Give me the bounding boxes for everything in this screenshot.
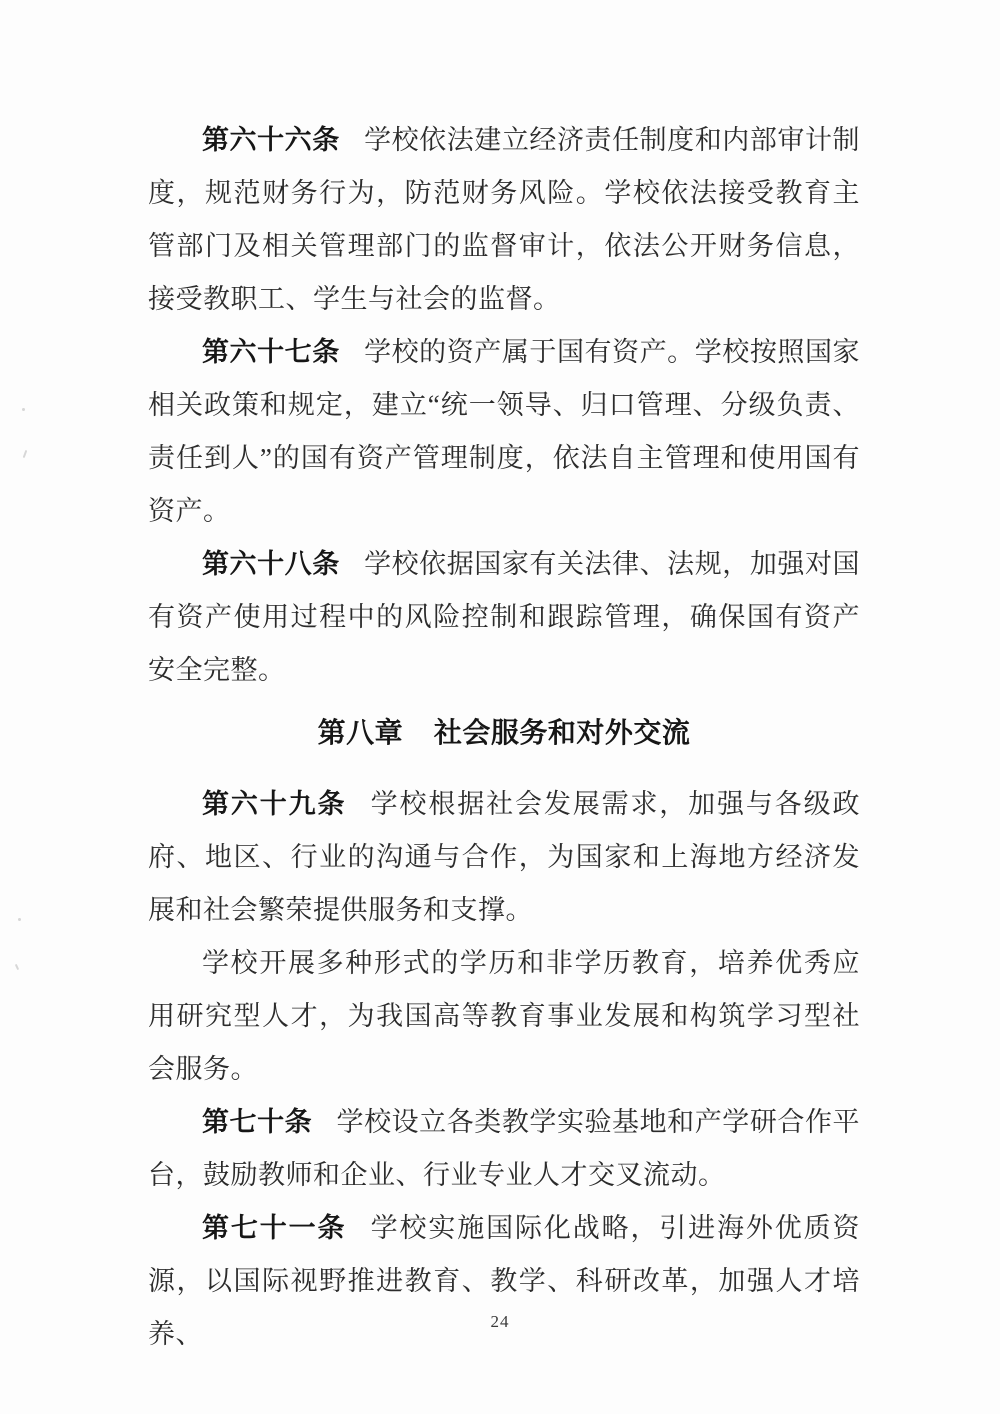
chapter-title: 社会服务和对外交流: [434, 718, 691, 749]
article-69-continuation-text: 学校开展多种形式的学历和非学历教育，培养优秀应用研究型人才，为我国高等教育事业发…: [148, 948, 860, 1084]
article-67-paragraph: 第六十七条学校的资产属于国有资产。学校按照国家相关政策和规定，建立“统一领导、归…: [148, 326, 860, 538]
article-71-number: 第七十一条: [202, 1213, 346, 1243]
article-70-paragraph: 第七十条学校设立各类教学实验基地和产学研合作平台，鼓励教师和企业、行业专业人才交…: [148, 1096, 860, 1202]
article-68-paragraph: 第六十八条学校依据国家有关法律、法规，加强对国有资产使用过程中的风险控制和跟踪管…: [148, 538, 860, 697]
article-71-paragraph: 第七十一条学校实施国际化战略，引进海外优质资源，以国际视野推进教育、教学、科研改…: [148, 1202, 860, 1361]
article-70-number: 第七十条: [202, 1107, 312, 1137]
scan-speck: [23, 450, 28, 458]
charter-text: 第六十六条学校依法建立经济责任制度和内部审计制度，规范财务行为，防范财务风险。学…: [148, 114, 860, 1361]
page-number: 24: [491, 1312, 510, 1331]
article-69-continuation-paragraph: 学校开展多种形式的学历和非学历教育，培养优秀应用研究型人才，为我国高等教育事业发…: [148, 937, 860, 1096]
article-66-number: 第六十六条: [202, 125, 340, 155]
article-68-number: 第六十八条: [202, 549, 340, 579]
scan-speck: [15, 964, 19, 970]
chapter-8-heading: 第八章社会服务和对外交流: [148, 707, 860, 760]
page-footer: 24: [0, 1312, 1000, 1332]
article-67-number: 第六十七条: [202, 337, 340, 367]
article-69-number: 第六十九条: [202, 789, 346, 819]
article-69-paragraph: 第六十九条学校根据社会发展需求，加强与各级政府、地区、行业的沟通与合作，为国家和…: [148, 778, 860, 937]
chapter-number: 第八章: [318, 718, 404, 749]
scan-speck: [18, 918, 21, 921]
article-66-paragraph: 第六十六条学校依法建立经济责任制度和内部审计制度，规范财务行为，防范财务风险。学…: [148, 114, 860, 326]
scan-speck: [22, 408, 25, 411]
